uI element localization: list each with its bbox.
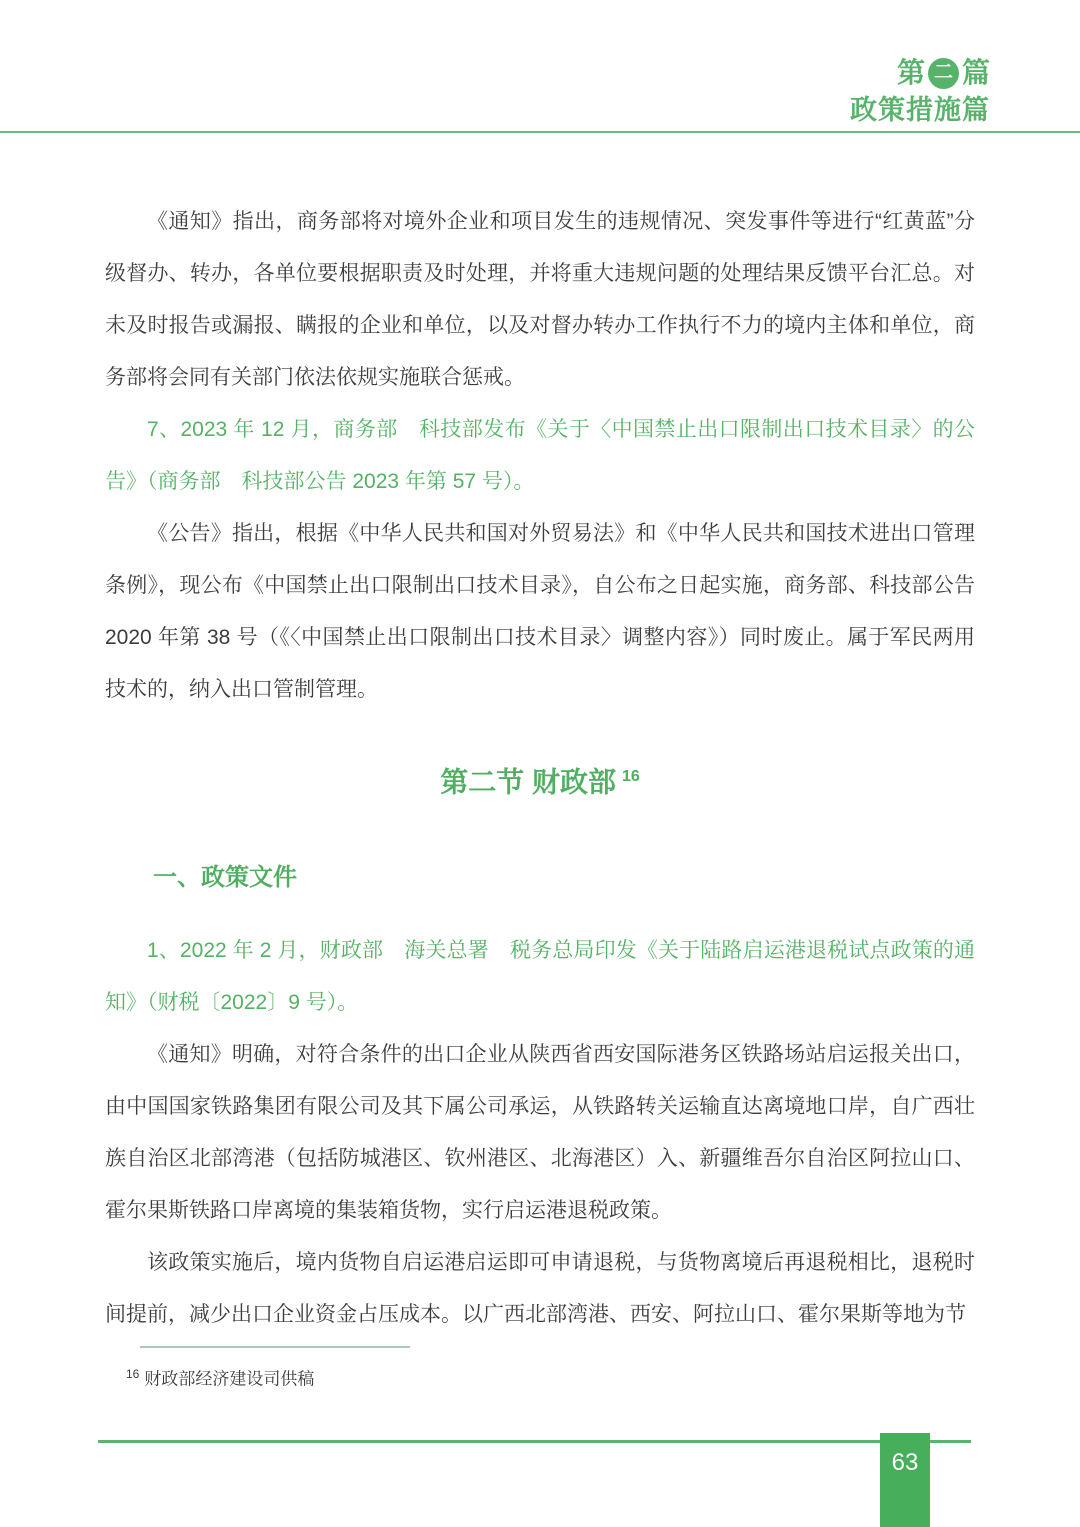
body-paragraph-4: 该政策实施后，境内货物自启运港启运即可申请退税，与货物离境后再退税相比，退税时间… bbox=[105, 1237, 975, 1341]
body-paragraph-3: 《通知》明确，对符合条件的出口企业从陕西省西安国际港务区铁路场站启运报关出口，由… bbox=[105, 1029, 975, 1237]
highlight-paragraph-1: 7、2023 年 12 月，商务部 科技部发布《关于〈中国禁止出口限制出口技术目… bbox=[105, 404, 975, 508]
footnote-divider bbox=[140, 1346, 410, 1348]
subsection-heading: 一、政策文件 bbox=[105, 861, 975, 895]
section-heading: 第二节 财政部16 bbox=[105, 754, 975, 805]
body-paragraph-2: 《公告》指出，根据《中华人民共和国对外贸易法》和《中华人民共和国技术进出口管理条… bbox=[105, 508, 975, 716]
footer-divider bbox=[98, 1440, 971, 1443]
part-label-suffix: 篇 bbox=[962, 54, 990, 92]
part-label-prefix: 第 bbox=[897, 54, 925, 92]
page-header: 第 二 篇 政策措施篇 bbox=[850, 54, 990, 128]
body-paragraph-1: 《通知》指出，商务部将对境外企业和项目发生的违规情况、突发事件等进行“红黄蓝”分… bbox=[105, 196, 975, 404]
section-heading-text: 第二节 财政部 bbox=[440, 766, 616, 797]
page-number: 63 bbox=[892, 1449, 919, 1477]
document-page: 第 二 篇 政策措施篇 《通知》指出，商务部将对境外企业和项目发生的违规情况、突… bbox=[0, 0, 1080, 1527]
header-divider bbox=[0, 131, 1080, 133]
section-footnote-ref: 16 bbox=[622, 768, 640, 785]
page-content: 《通知》指出，商务部将对境外企业和项目发生的违规情况、突发事件等进行“红黄蓝”分… bbox=[105, 196, 975, 1341]
part-section-name: 政策措施篇 bbox=[850, 92, 990, 128]
footnote-marker: 16 bbox=[126, 1367, 139, 1381]
footnote: 16财政部经济建设司供稿 bbox=[126, 1362, 314, 1392]
footnote-text: 财政部经济建设司供稿 bbox=[144, 1370, 314, 1389]
page-number-badge: 63 bbox=[880, 1433, 930, 1527]
part-number-circle-icon: 二 bbox=[928, 58, 959, 89]
highlight-paragraph-2: 1、2022 年 2 月，财政部 海关总署 税务总局印发《关于陆路启运港退税试点… bbox=[105, 925, 975, 1029]
part-label: 第 二 篇 bbox=[850, 54, 990, 92]
